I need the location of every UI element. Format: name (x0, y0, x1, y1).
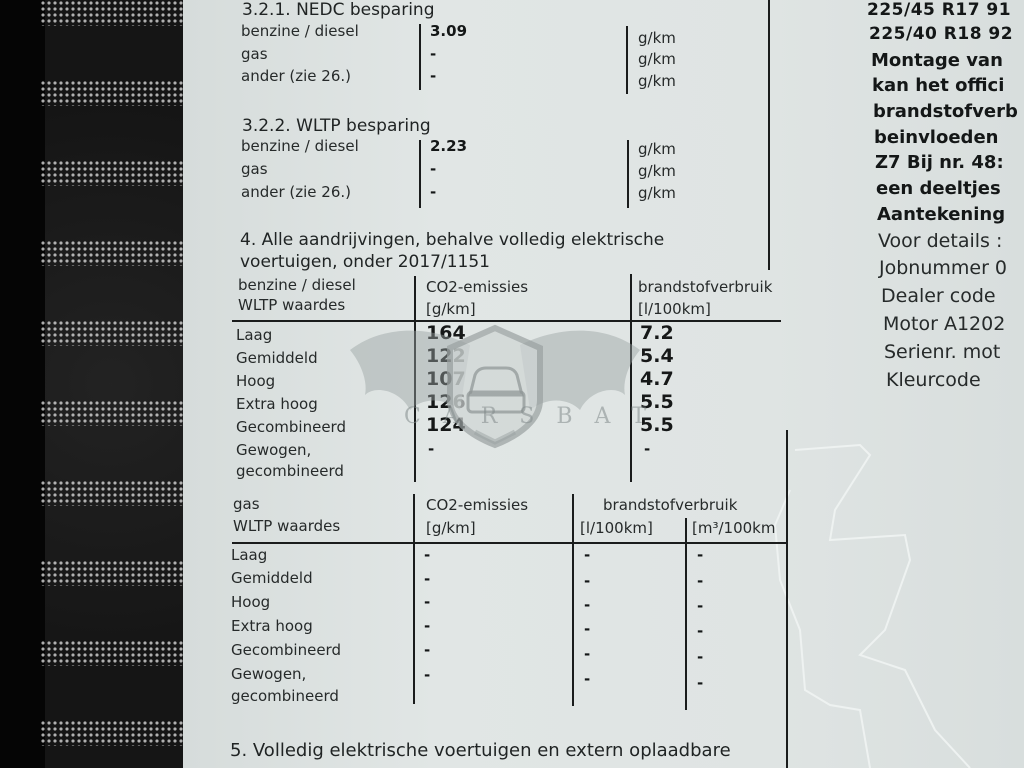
column-divider (414, 276, 416, 482)
text-line: Motor A1202 (883, 313, 1005, 335)
row-label: ander (zie 26.) (241, 67, 351, 85)
text-line: Dealer code (881, 285, 996, 307)
fabric-stripe (40, 560, 185, 586)
header-col0-line2: WLTP waardes (233, 517, 340, 535)
column-divider (685, 518, 687, 710)
header-col1-line2: [g/km] (426, 519, 476, 537)
row-unit: g/km (638, 162, 676, 180)
l100-value: - (584, 620, 590, 638)
fabric-stripe (40, 240, 185, 266)
row-label: Laag (236, 326, 272, 344)
fuel-value: - (644, 440, 650, 458)
row-unit: g/km (638, 72, 676, 90)
fabric-stripe (40, 320, 185, 346)
row-unit: g/km (638, 184, 676, 202)
row-label-line1: Gewogen, (231, 665, 306, 683)
column-divider (413, 494, 415, 704)
section-321-title: 3.2.1. NEDC besparing (242, 0, 434, 20)
row-unit: g/km (638, 50, 676, 68)
co2-value: - (428, 440, 434, 458)
m3100-value: - (697, 572, 703, 590)
header-col23-line1: brandstofverbruik (603, 496, 737, 514)
text-line: Voor details : (878, 230, 1002, 252)
section-4-title-line2: voertuigen, onder 2017/1151 (240, 252, 490, 272)
fuel-value: 4.7 (640, 368, 674, 390)
row-unit: g/km (638, 140, 676, 158)
co2-value: - (424, 617, 430, 635)
l100-value: - (584, 546, 590, 564)
m3100-value: - (697, 622, 703, 640)
m3100-value: - (697, 597, 703, 615)
page-border (768, 0, 770, 270)
row-label-line2: gecombineerd (231, 687, 339, 705)
header-col0-line1: gas (233, 495, 260, 513)
section-5-title: 5. Volledig elektrische voertuigen en ex… (230, 740, 731, 761)
fuel-value: 7.2 (640, 322, 674, 344)
text-line: Jobnummer 0 (879, 257, 1007, 279)
row-label: Laag (231, 546, 267, 564)
row-label: Gecombineerd (236, 418, 346, 436)
row-label: gas (241, 160, 268, 178)
column-divider (627, 140, 629, 208)
row-label-line2: gecombineerd (236, 462, 344, 480)
text-line: Z7 Bij nr. 48: (875, 152, 1004, 173)
row-label: benzine / diesel (241, 22, 359, 40)
seat-fabric-background (0, 0, 185, 768)
row-label: Gemiddeld (236, 349, 318, 367)
row-value: 3.09 (430, 22, 467, 40)
column-divider (419, 140, 421, 208)
m3100-value: - (697, 674, 703, 692)
row-label-line1: Gewogen, (236, 441, 311, 459)
fuel-value: 5.4 (640, 345, 674, 367)
page-border (786, 430, 788, 768)
watermark-text: CARSBAT (404, 404, 668, 429)
row-value: - (430, 160, 436, 178)
row-label: Gemiddeld (231, 569, 313, 587)
row-value: - (430, 67, 436, 85)
co2-value: - (424, 546, 430, 564)
column-divider (630, 274, 632, 482)
co2-value: - (424, 570, 430, 588)
header-col1-line1: CO2-emissies (426, 278, 528, 296)
header-col2-line1: brandstofverbruik (638, 278, 772, 296)
row-label: benzine / diesel (241, 137, 359, 155)
text-line: Aantekening (877, 204, 1005, 225)
row-label: ander (zie 26.) (241, 183, 351, 201)
row-label: Hoog (236, 372, 275, 390)
fabric-stripe (40, 160, 185, 186)
text-line: een deeltjes (876, 178, 1001, 199)
fabric-stripe (40, 400, 185, 426)
co2-value: - (424, 666, 430, 684)
section-322-title: 3.2.2. WLTP besparing (242, 116, 431, 136)
row-value: - (430, 183, 436, 201)
text-line: 225/40 R18 92 (869, 24, 1013, 44)
header-col0-line1: benzine / diesel (238, 276, 356, 294)
header-col0-line2: WLTP waardes (238, 296, 345, 314)
fabric-stripe (40, 720, 185, 746)
co2-value: 122 (426, 345, 466, 367)
co2-value: - (424, 641, 430, 659)
header-col1-line2: [g/km] (426, 300, 476, 318)
header-col2-line2: [l/100km] (638, 300, 711, 318)
header-col3-line2: [m³/100km (692, 519, 775, 537)
l100-value: - (584, 572, 590, 590)
column-divider (626, 26, 628, 94)
fabric-stripe (40, 480, 185, 506)
m3100-value: - (697, 546, 703, 564)
co2-value: 164 (426, 322, 466, 344)
row-label: Hoog (231, 593, 270, 611)
row-value: 2.23 (430, 137, 467, 155)
co2-value: 107 (426, 368, 466, 390)
text-line: beinvloeden (874, 127, 998, 148)
header-rule (232, 320, 781, 322)
column-divider (572, 494, 574, 706)
row-label: Gecombineerd (231, 641, 341, 659)
co2-value: - (424, 593, 430, 611)
text-line: 225/45 R17 91 (867, 0, 1011, 20)
text-line: Montage van (871, 50, 1003, 71)
header-rule (232, 542, 788, 544)
row-value: - (430, 45, 436, 63)
text-line: brandstofverb (873, 101, 1018, 122)
shadow-edge (0, 0, 45, 768)
section-4-title-line1: 4. Alle aandrijvingen, behalve volledig … (240, 230, 664, 250)
fabric-stripe (40, 0, 185, 26)
text-line: Kleurcode (886, 369, 981, 391)
header-col2-line2: [l/100km] (580, 519, 653, 537)
fabric-stripe (40, 80, 185, 106)
m3100-value: - (697, 648, 703, 666)
row-label: Extra hoog (236, 395, 318, 413)
l100-value: - (584, 596, 590, 614)
row-unit: g/km (638, 29, 676, 47)
row-label: Extra hoog (231, 617, 313, 635)
header-col1-line1: CO2-emissies (426, 496, 528, 514)
l100-value: - (584, 645, 590, 663)
row-label: gas (241, 45, 268, 63)
text-line: Serienr. mot (884, 341, 1000, 363)
l100-value: - (584, 670, 590, 688)
text-line: kan het offici (872, 75, 1004, 96)
fabric-stripe (40, 640, 185, 666)
column-divider (419, 24, 421, 90)
